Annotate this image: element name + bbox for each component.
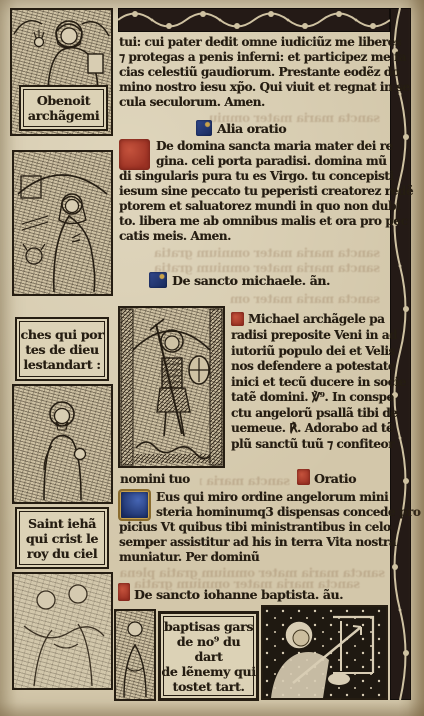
top-ornament-band [118, 8, 390, 32]
caption-estandart-line1: ches qui por [20, 327, 103, 342]
ghost-text-line: sancta maria mater omnium gratia plena d… [200, 474, 290, 488]
caption-baptisas-line2: de no⁹ du dart [161, 634, 256, 664]
text-line: nos defendere a potestate [231, 359, 395, 373]
text-line: ctu angelorũ psallã tibi de [231, 406, 398, 420]
red-paraph-icon [231, 312, 244, 326]
text-line: iutoriũ populo dei et Velis [231, 344, 395, 358]
text-line: plũ sanctũ tuũ ⁊ confiteor [231, 437, 394, 451]
text-line: muniatur. Per dominũ [119, 550, 259, 564]
heading-michael: De sancto michaele. ãn. [172, 273, 330, 288]
caption-estandart-line2: tes de dieu [25, 342, 98, 357]
caption-saint-jehan-line2: qui crist le [26, 531, 98, 546]
woodcut-mourners [12, 572, 113, 690]
caption-baptisas-line3: de lẽnemy qui [161, 664, 255, 679]
caption-saint-jehan-line1: Saint iehã [28, 516, 96, 531]
text-line: to. libera me ab omnibus malis et ora pr… [119, 214, 407, 228]
heading-alia-oratio: Alia oratio [217, 121, 286, 136]
manuscript-page: Obenoit archãgemi ches qui por tes de di… [0, 0, 424, 716]
caption-saint-jehan-line3: roy du ciel [27, 546, 97, 561]
saint-michael-icon [120, 308, 223, 466]
text-line: ptorem et saluatorez mundi in quo non du… [119, 199, 400, 213]
text-line: tui: cui pater dedit omne iudiciũz me li… [119, 35, 401, 49]
text-line: cias celestiũ gaudiorum. Prestante eodẽz… [119, 65, 399, 79]
red-paraph-icon [118, 583, 130, 601]
nativity-icon [14, 152, 111, 294]
seated-figure-icon [116, 611, 154, 699]
red-paraph-icon [297, 469, 310, 485]
text-line: uemeue. ℟. Adorabo ad tẽ [231, 421, 393, 435]
red-initial-icon [119, 139, 150, 170]
text-line: mino nostro iesu xp̃o. Qui viuit et regn… [119, 80, 410, 94]
text-line: picius Vt quibus tibi ministrantibus in … [119, 520, 391, 534]
text-line: inici et tecũ ducere in socie [231, 375, 406, 389]
text-line: semper assistitur ad his in terra Vita n… [119, 535, 396, 549]
caption-baptisas-line4: tostet tart. [173, 679, 245, 694]
text-line: cula seculorum. Amen. [119, 95, 265, 109]
mourners-icon [14, 574, 111, 688]
floral-band-icon [118, 8, 390, 32]
caption-benoit: Obenoit archãgemi [19, 85, 108, 131]
text-line: De domina sancta maria mater dei re [156, 139, 393, 153]
saint-john-icon [14, 386, 111, 502]
text-line: Michael archãgele pa [248, 312, 385, 326]
caption-benoit-line1: Obenoit [37, 93, 90, 108]
blue-paraph-icon [149, 272, 167, 288]
text-line: gina. celi porta paradisi. domina mũ [156, 154, 387, 168]
woodcut-nativity [12, 150, 113, 296]
text-line: steria hominumq3 dispensas concede pro [156, 505, 420, 519]
woodcut-sibyl-dart [261, 605, 388, 700]
woodcut-saint-michael [118, 306, 225, 468]
caption-baptisas: baptisas gars de no⁹ du dart de lẽnemy q… [158, 611, 259, 701]
woodcut-blessing-monk: Obenoit archãgemi [10, 8, 113, 136]
blessing-monk-icon [12, 10, 111, 88]
ghost-text-line: sancta maria mater omnium gratia plena d… [230, 292, 380, 306]
text-line: di singularis pura tu es Virgo. tu conce… [119, 169, 394, 183]
text-line: Eus qui miro ordine angelorum mini [156, 490, 388, 504]
text-line: ⁊ protegas a penis inferni: et participe… [119, 50, 406, 64]
woodcut-seated-figure [114, 609, 156, 701]
blue-paraph-icon [196, 120, 212, 136]
woodcut-saint-john [12, 384, 113, 504]
caption-estandart-line3: lestandart : [23, 357, 100, 372]
caption-benoit-line2: archãgemi [28, 108, 99, 123]
text-line: catis meis. Amen. [119, 229, 231, 243]
caption-baptisas-line1: baptisas gars [164, 619, 253, 634]
text-line: radisi preposite Veni in ad [231, 328, 397, 342]
caption-estandart: ches qui por tes de dieu lestandart : [15, 317, 109, 381]
ghost-text-line: sancta maria mater omnium gratia plena d… [150, 246, 380, 260]
page-edge-bottom [0, 702, 424, 716]
sibyl-dart-icon [263, 607, 386, 698]
text-line: nomini tuo [120, 472, 190, 486]
blue-gold-initial-icon [118, 489, 151, 521]
text-line: iesum sine peccato tu peperisti creatore… [119, 184, 413, 198]
caption-saint-jehan: Saint iehã qui crist le roy du ciel [15, 507, 109, 569]
text-line: tatẽ domini. ℣⁹. In conspe [231, 390, 394, 404]
heading-oratio: Oratio [314, 471, 356, 486]
heading-iohanne: De sancto iohanne baptista. ãu. [134, 587, 343, 602]
